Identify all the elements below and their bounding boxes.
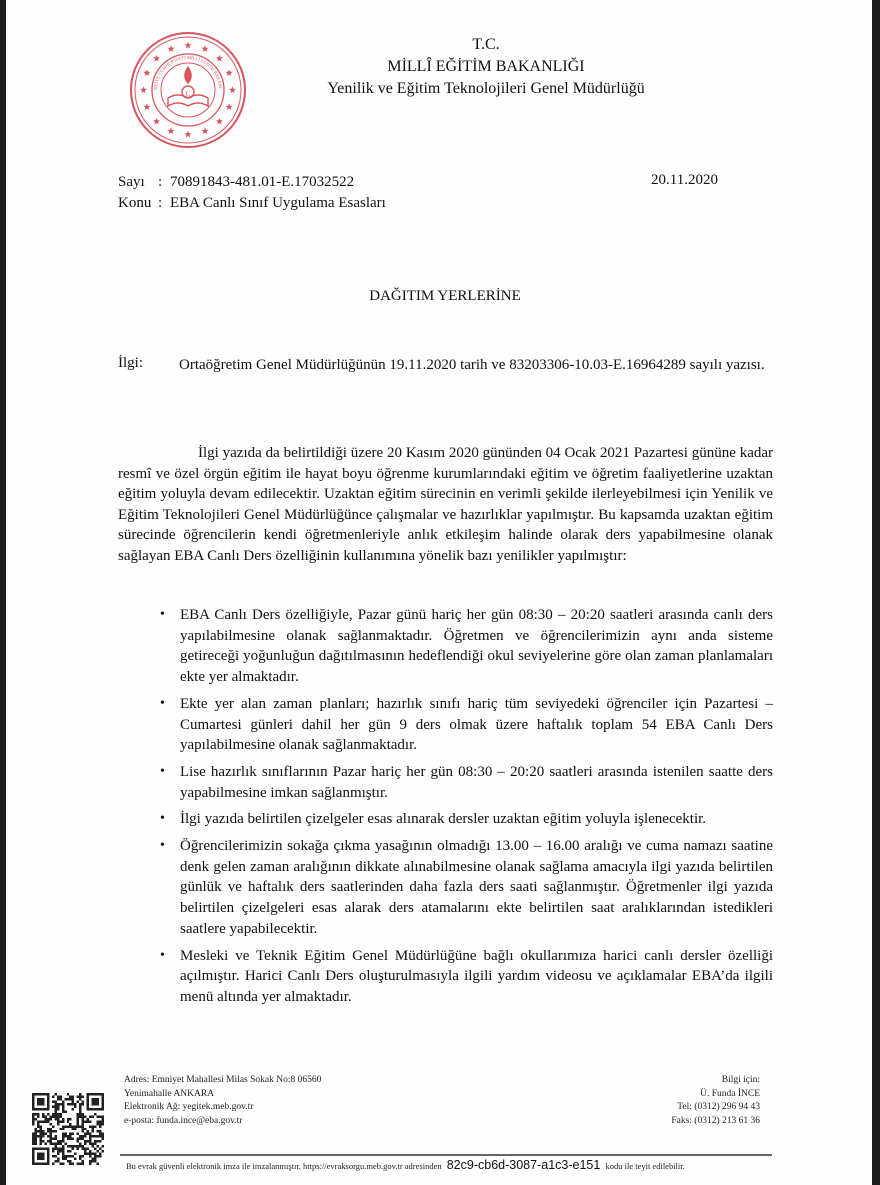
- bullet-item: Ekte yer alan zaman planları; hazırlık s…: [180, 694, 773, 756]
- document-page: C TÜRKİYE CUMHURİYETİ MİLLÎ EĞİTİM BAKAN…: [6, 0, 872, 1185]
- bullet-item: EBA Canlı Ders özelliğiyle, Pazar günü h…: [180, 605, 773, 688]
- konu-value: EBA Canlı Sınıf Uygulama Esasları: [170, 195, 386, 211]
- footer-divider: [120, 1154, 772, 1156]
- meb-seal-icon: C TÜRKİYE CUMHURİYETİ MİLLÎ EĞİTİM BAKAN…: [128, 30, 248, 150]
- qr-code-icon: [32, 1093, 104, 1165]
- verification-line: Bu evrak güvenli elektronik imza ile imz…: [126, 1158, 776, 1172]
- bullet-list: EBA Canlı Ders özelliğiyle, Pazar günü h…: [180, 605, 773, 1014]
- header-tc: T.C.: [256, 34, 716, 56]
- address-line-2: Yenimahalle ANKARA: [124, 1088, 321, 1102]
- bullet-item: Lise hazırlık sınıflarının Pazar hariç h…: [180, 762, 773, 803]
- distribution-heading: DAĞITIM YERLERİNE: [6, 288, 872, 305]
- footer-address: Adres: Emniyet Mahallesi Milas Sokak No:…: [124, 1074, 321, 1128]
- sayi-separator: :: [158, 172, 170, 192]
- verify-suffix: kodu ile teyit edilebilir.: [605, 1161, 684, 1171]
- bullet-item: Öğrencilerimizin sokağa çıkma yasağının …: [180, 836, 773, 940]
- konu-row: Konu:EBA Canlı Sınıf Uygulama Esasları: [118, 193, 386, 213]
- header-directorate: Yenilik ve Eğitim Teknolojileri Genel Mü…: [256, 78, 716, 100]
- address-line-1: Adres: Emniyet Mahallesi Milas Sokak No:…: [124, 1074, 321, 1088]
- footer-contact: Bilgi için: Ü. Funda İNCE Tel: (0312) 29…: [671, 1074, 760, 1128]
- sayi-value: 70891843-481.01-E.17032522: [170, 174, 354, 190]
- contact-name: Ü. Funda İNCE: [671, 1088, 760, 1102]
- email-address: e-posta: funda.ince@eba.gov.tr: [124, 1115, 321, 1129]
- konu-label: Konu: [118, 193, 158, 213]
- web-address: Elektronik Ağ: yegitek.meb.gov.tr: [124, 1101, 321, 1115]
- ilgi-label: İlgi:: [118, 355, 143, 372]
- bullet-item: İlgi yazıda belirtilen çizelgeler esas a…: [180, 809, 773, 830]
- verify-prefix: Bu evrak güvenli elektronik imza ile imz…: [126, 1161, 442, 1171]
- info-label: Bilgi için:: [671, 1074, 760, 1088]
- verify-code: 82c9-cb6d-3087-a1c3-e151: [444, 1158, 604, 1172]
- sayi-label: Sayı: [118, 172, 158, 192]
- bullet-item: Mesleki ve Teknik Eğitim Genel Müdürlüğü…: [180, 946, 773, 1008]
- contact-fax: Faks: (0312) 213 61 36: [671, 1115, 760, 1129]
- contact-tel: Tel: (0312) 296 94 43: [671, 1101, 760, 1115]
- body-paragraph: İlgi yazıda da belirtildiği üzere 20 Kas…: [118, 443, 773, 567]
- header-ministry: MİLLÎ EĞİTİM BAKANLIĞI: [256, 56, 716, 78]
- document-date: 20.11.2020: [651, 172, 718, 189]
- sayi-row: Sayı:70891843-481.01-E.17032522: [118, 172, 354, 192]
- ilgi-text: Ortaöğretim Genel Müdürlüğünün 19.11.202…: [179, 355, 773, 376]
- konu-separator: :: [158, 193, 170, 213]
- svg-text:C: C: [186, 90, 191, 98]
